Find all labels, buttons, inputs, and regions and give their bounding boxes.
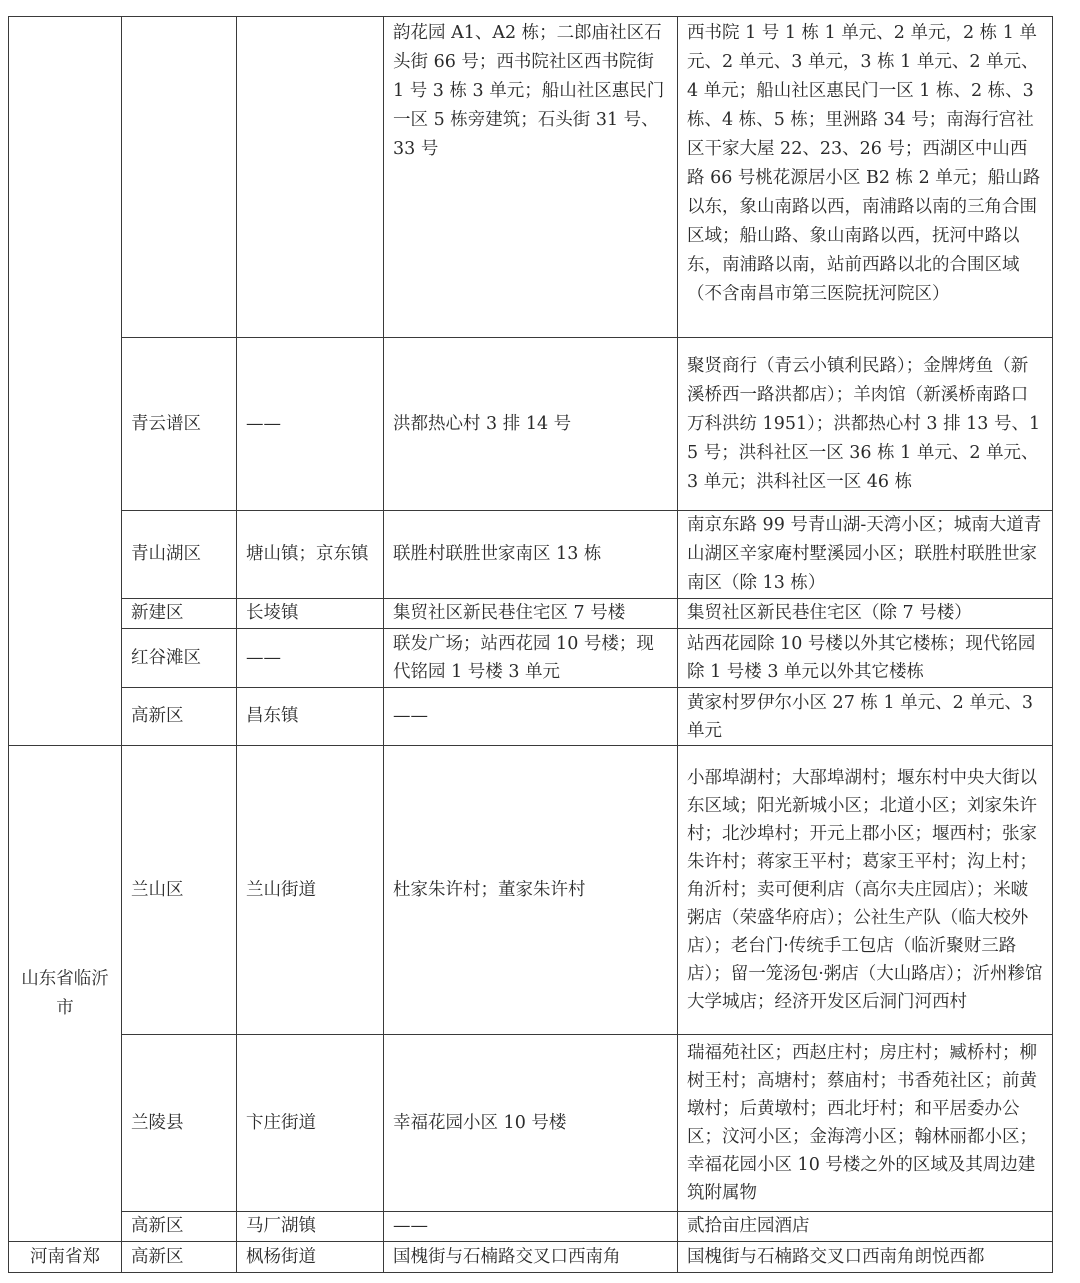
town-cell: 昌东镇 <box>237 688 384 746</box>
district-cell: 高新区 <box>122 1242 237 1273</box>
district-cell: 新建区 <box>122 599 237 629</box>
province-cell: 河南省郑 <box>9 1242 122 1273</box>
table-row: 红谷滩区 —— 联发广场；站西花园 10 号楼；现代铭园 1 号楼 3 单元 站… <box>9 629 1053 688</box>
mid-risk-cell: 站西花园除 10 号楼以外其它楼栋；现代铭园除 1 号楼 3 单元以外其它楼栋 <box>678 629 1053 688</box>
table-row: 新建区 长堎镇 集贸社区新民巷住宅区 7 号楼 集贸社区新民巷住宅区（除 7 号… <box>9 599 1053 629</box>
mid-risk-cell: 黄家村罗伊尔小区 27 栋 1 单元、2 单元、3 单元 <box>678 688 1053 746</box>
mid-risk-cell: 集贸社区新民巷住宅区（除 7 号楼） <box>678 599 1053 629</box>
table-row: 高新区 昌东镇 —— 黄家村罗伊尔小区 27 栋 1 单元、2 单元、3 单元 <box>9 688 1053 746</box>
province-cell: 山东省临沂市 <box>9 746 122 1242</box>
town-cell <box>237 17 384 338</box>
district-cell: 青山湖区 <box>122 511 237 599</box>
district-cell: 青云谱区 <box>122 338 237 511</box>
town-cell: 长堎镇 <box>237 599 384 629</box>
mid-risk-cell: 贰拾亩庄园酒店 <box>678 1212 1053 1242</box>
town-cell: 兰山街道 <box>237 746 384 1035</box>
town-cell: —— <box>237 629 384 688</box>
district-cell: 红谷滩区 <box>122 629 237 688</box>
high-risk-cell: —— <box>384 1212 678 1242</box>
province-cell <box>9 17 122 746</box>
town-cell: 马厂湖镇 <box>237 1212 384 1242</box>
mid-risk-cell: 西书院 1 号 1 栋 1 单元、2 单元，2 栋 1 单元、2 单元、3 单元… <box>678 17 1053 338</box>
high-risk-cell: 联胜村联胜世家南区 13 栋 <box>384 511 678 599</box>
town-cell: 卞庄街道 <box>237 1035 384 1212</box>
high-risk-cell: 幸福花园小区 10 号楼 <box>384 1035 678 1212</box>
mid-risk-cell: 国槐街与石楠路交叉口西南角朗悦西都 <box>678 1242 1053 1273</box>
town-cell: 枫杨街道 <box>237 1242 384 1273</box>
risk-area-table: 韵花园 A1、A2 栋；二郎庙社区石头街 66 号；西书院社区西书院街 1 号 … <box>8 16 1053 1273</box>
district-cell <box>122 17 237 338</box>
town-cell: 塘山镇；京东镇 <box>237 511 384 599</box>
table-row: 高新区 马厂湖镇 —— 贰拾亩庄园酒店 <box>9 1212 1053 1242</box>
table-row: 青云谱区 —— 洪都热心村 3 排 14 号 聚贤商行（青云小镇利民路）；金牌烤… <box>9 338 1053 511</box>
high-risk-cell: 国槐街与石楠路交叉口西南角 <box>384 1242 678 1273</box>
high-risk-cell: 杜家朱许村；董家朱许村 <box>384 746 678 1035</box>
mid-risk-cell: 南京东路 99 号青山湖-天湾小区；城南大道青山湖区辛家庵村墅溪园小区；联胜村联… <box>678 511 1053 599</box>
mid-risk-cell: 瑞福苑社区；西赵庄村；房庄村；臧桥村；柳树王村；高塘村；蔡庙村；书香苑社区；前黄… <box>678 1035 1053 1212</box>
high-risk-cell: 洪都热心村 3 排 14 号 <box>384 338 678 511</box>
mid-risk-cell: 聚贤商行（青云小镇利民路）；金牌烤鱼（新溪桥西一路洪都店）；羊肉馆（新溪桥南路口… <box>678 338 1053 511</box>
table-row: 兰陵县 卞庄街道 幸福花园小区 10 号楼 瑞福苑社区；西赵庄村；房庄村；臧桥村… <box>9 1035 1053 1212</box>
district-cell: 兰陵县 <box>122 1035 237 1212</box>
high-risk-cell: —— <box>384 688 678 746</box>
district-cell: 高新区 <box>122 1212 237 1242</box>
table-row: 山东省临沂市 兰山区 兰山街道 杜家朱许村；董家朱许村 小郚埠湖村；大郚埠湖村；… <box>9 746 1053 1035</box>
district-cell: 兰山区 <box>122 746 237 1035</box>
high-risk-cell: 集贸社区新民巷住宅区 7 号楼 <box>384 599 678 629</box>
town-cell: —— <box>237 338 384 511</box>
district-cell: 高新区 <box>122 688 237 746</box>
mid-risk-cell: 小郚埠湖村；大郚埠湖村；堰东村中央大街以东区域；阳光新城小区；北道小区；刘家朱许… <box>678 746 1053 1035</box>
table-row: 韵花园 A1、A2 栋；二郎庙社区石头街 66 号；西书院社区西书院街 1 号 … <box>9 17 1053 338</box>
table-row: 青山湖区 塘山镇；京东镇 联胜村联胜世家南区 13 栋 南京东路 99 号青山湖… <box>9 511 1053 599</box>
table-row: 河南省郑 高新区 枫杨街道 国槐街与石楠路交叉口西南角 国槐街与石楠路交叉口西南… <box>9 1242 1053 1273</box>
high-risk-cell: 联发广场；站西花园 10 号楼；现代铭园 1 号楼 3 单元 <box>384 629 678 688</box>
high-risk-cell: 韵花园 A1、A2 栋；二郎庙社区石头街 66 号；西书院社区西书院街 1 号 … <box>384 17 678 338</box>
